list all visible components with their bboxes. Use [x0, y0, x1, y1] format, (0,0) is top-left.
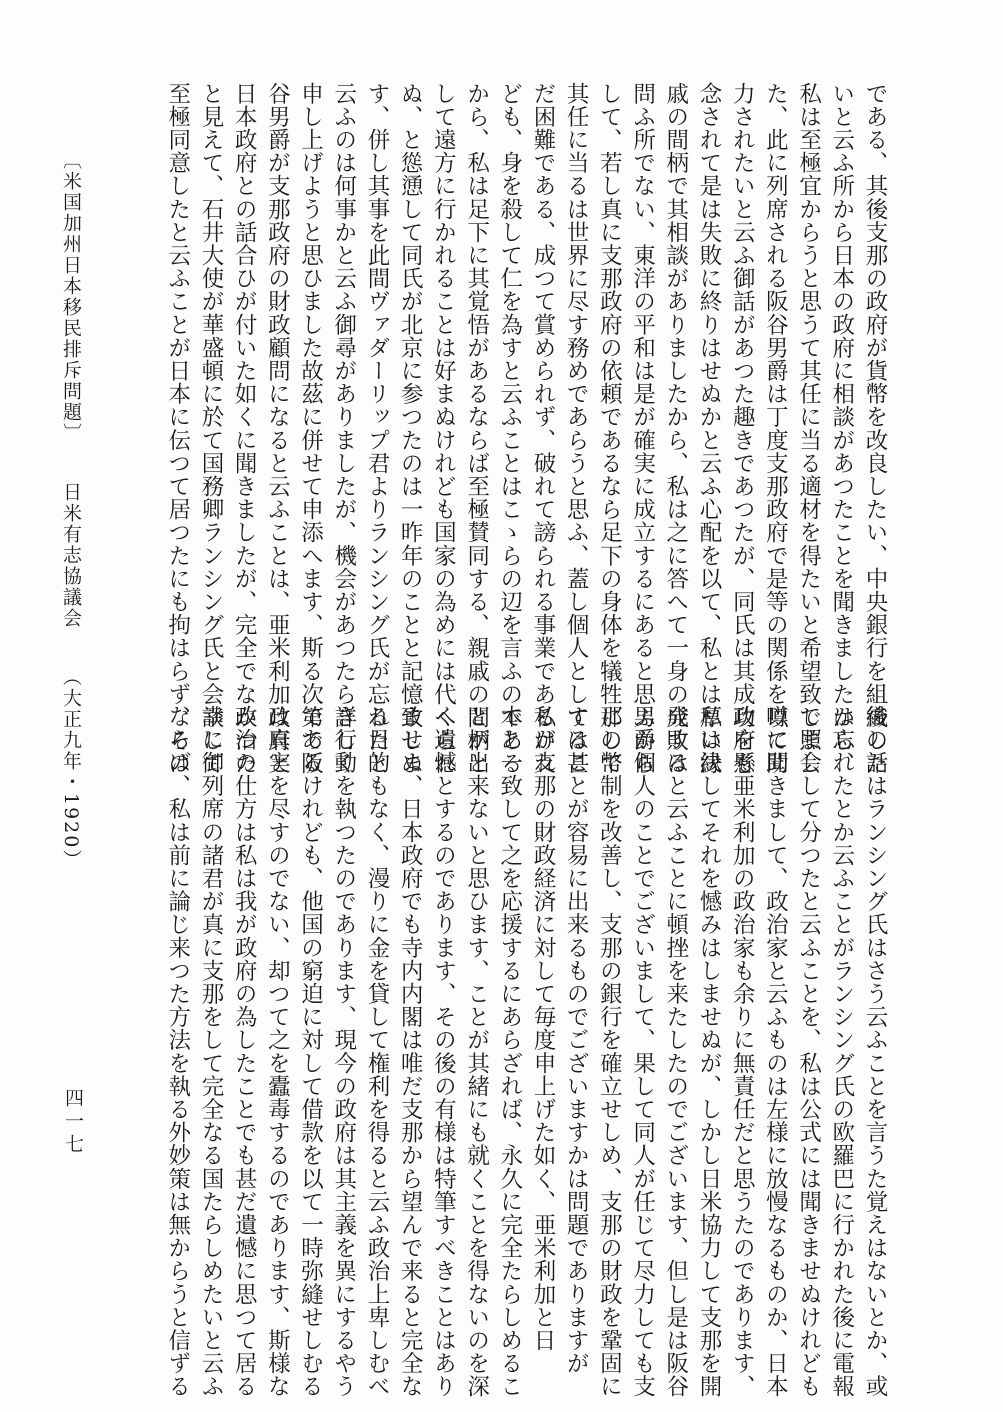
text-column: 至極同意したと云ふことが日本に伝つて居つたにも拘はらず、その	[161, 82, 194, 682]
text-column: であるけれども、他国の窮迫に対して借款を以て一時弥縫せしむる	[293, 705, 326, 1315]
text-column: は真実を尽すのでない、却つて之を蠹毒するのであります、斯様な	[260, 705, 293, 1315]
text-column: 問ふ所でない、東洋の平和は是が確実に成立するにあると思ふから	[625, 82, 658, 682]
running-head: 〔米国加州日本移民排斥問題〕 日米有志協議会 （大正九年・1920）	[58, 150, 85, 871]
text-column: 本と一致して之を応援するにあらざれば、永久に完全たらしめるこ	[493, 705, 526, 1315]
text-column: 政治の仕方は私は我が政府の為したことでも甚だ遺憾に思つて居る	[227, 705, 260, 1315]
running-head-section: 〔米国加州日本移民排斥問題〕	[58, 150, 85, 444]
text-column: 男爵個人のことでございまして、果して同人が任じて尽力しても支	[625, 705, 658, 1315]
text-column: 幸に御列席の諸君が真に支那をして完全なる国たらしめたいと云ふ	[194, 705, 227, 1315]
text-column: して、若し真に支那政府の依頼であるなら足下の身体を犠牲にして	[592, 82, 625, 682]
text-column: ぬ、と慫慂して同氏が北京に参つたのは一昨年のことと記憶致しま	[393, 82, 426, 682]
text-column: 申し上げようと思ひました故茲に併せて申添へます、斯る次第で阪	[293, 82, 326, 682]
text-column: である、其後支那の政府が貨幣を改良したい、中央銀行を組織した	[858, 82, 891, 682]
text-column: る目的もなく、漫りに金を貸して権利を得ると云ふ政治上卑しむべ	[360, 705, 393, 1315]
text-column: することが容易に出来るものでございますかは問題でありますが	[559, 705, 592, 1315]
text-column: は忘れたとか云ふことがランシング氏の欧羅巴に行かれた後に電報	[825, 705, 858, 1315]
text-column: ども、身を殺して仁を為すと云ふことはこゝらの辺を言ふのである	[493, 82, 526, 682]
text-column: 後の話はランシング氏はさう云ふことを言うた覚えはないとか、或	[858, 705, 891, 1315]
text-column: して遠方に行かれることは好まぬけれども国家の為めには代へられ	[426, 82, 459, 682]
running-head-date: （大正九年・1920）	[58, 667, 85, 870]
text-column: 私は決してそれを憾みはしませぬが、しかし日米協力して支那を開	[692, 705, 725, 1315]
text-column: 那の幣制を改善し、支那の銀行を確立せしめ、支那の財政を鞏固に	[592, 705, 625, 1315]
text-column: いと云ふ所から日本の政府に相談があつたことを聞きましたから、	[825, 82, 858, 682]
text-column: す、併し其事を此間ヴァダーリップ君よりランシング氏が忘れたと	[360, 82, 393, 682]
text-column: 其任に当るは世界に尽す務めであらうと思ふ、蓋し個人としては甚	[559, 82, 592, 682]
text-column: 谷男爵が支那政府の財政顧問になると云ふことは、亜米利加政府と	[260, 82, 293, 682]
lower-text-block: 後の話はランシング氏はさう云ふことを言うた覚えはないとか、或 は忘れたとか云ふこ…	[161, 705, 891, 1315]
text-column: 私は至極宜からうと思うて其任に当る適材を得たいと希望致しまし	[791, 82, 824, 682]
text-column: 戚の間柄で其相談がありましたから、私は之に答へて一身の成敗は	[659, 82, 692, 682]
text-column: から、私は足下に其覚悟があるならば至極賛同する、親戚の間柄と	[459, 82, 492, 682]
running-head-organization: 日米有志協議会	[58, 482, 85, 629]
text-column: で照会して分つたと云ふことを、私は公式には聞きませぬけれども	[791, 705, 824, 1315]
text-column: ませぬ、日本政府でも寺内内閣は唯だ支那から望んで来ると完全な	[393, 705, 426, 1315]
text-column: だ困難である、成つて賞められず、破れて謗られる事業であるけれ	[526, 82, 559, 682]
upper-text-block: である、其後支那の政府が貨幣を改良したい、中央銀行を組織した いと云ふ所から日本…	[161, 82, 891, 682]
text-column: た、此に列席される阪谷男爵は丁度支那政府で是等の関係を以て助	[758, 82, 791, 682]
text-column: 念されて是は失敗に終りはせぬかと云ふ心配を以て、私とは厚い縁	[692, 82, 725, 682]
text-column: と見えて、石井大使が華盛頓に於て国務卿ランシング氏と会談して	[194, 82, 227, 682]
text-column: 日本政府との話合ひが付いた如くに聞きましたが、完全でなかつた	[227, 82, 260, 682]
text-column: 政府も亜米利加の政治家も余りに無責任だと思うたのであります、	[725, 705, 758, 1315]
text-column: 発すると云ふことに頓挫を来たしたのでございます、但し是は阪谷	[659, 705, 692, 1315]
document-page: である、其後支那の政府が貨幣を改良したい、中央銀行を組織した いと云ふ所から日本…	[0, 0, 1003, 1412]
text-column: く遺憾とするのであります、その後の有様は特筆すべきことはあり	[426, 705, 459, 1315]
page-number: 四一七	[60, 1088, 87, 1157]
text-column: とが出来ないと思ひます、ことが其緒にも就くことを得ないのを深	[459, 705, 492, 1315]
text-column: き行動を執つたのであります、現今の政府は其主義を異にするやう	[327, 705, 360, 1315]
text-column: ならば、私は前に論じ来つた方法を執る外妙策は無からうと信ずる	[161, 705, 194, 1315]
text-column: 云ふのは何事かと云ふ御尋がありましたが、機会があつたら詳しく	[327, 82, 360, 682]
text-column: 噂に聞きまして、政治家と云ふものは左様に放慢なるものか、日本	[758, 705, 791, 1315]
text-column: 力されたいと云ふ御話があつた趣きであつたが、同氏は其成功を懸	[725, 82, 758, 682]
text-column: 私が支那の財政経済に対して毎度申上げた如く、亜米利加と日	[526, 705, 559, 1315]
